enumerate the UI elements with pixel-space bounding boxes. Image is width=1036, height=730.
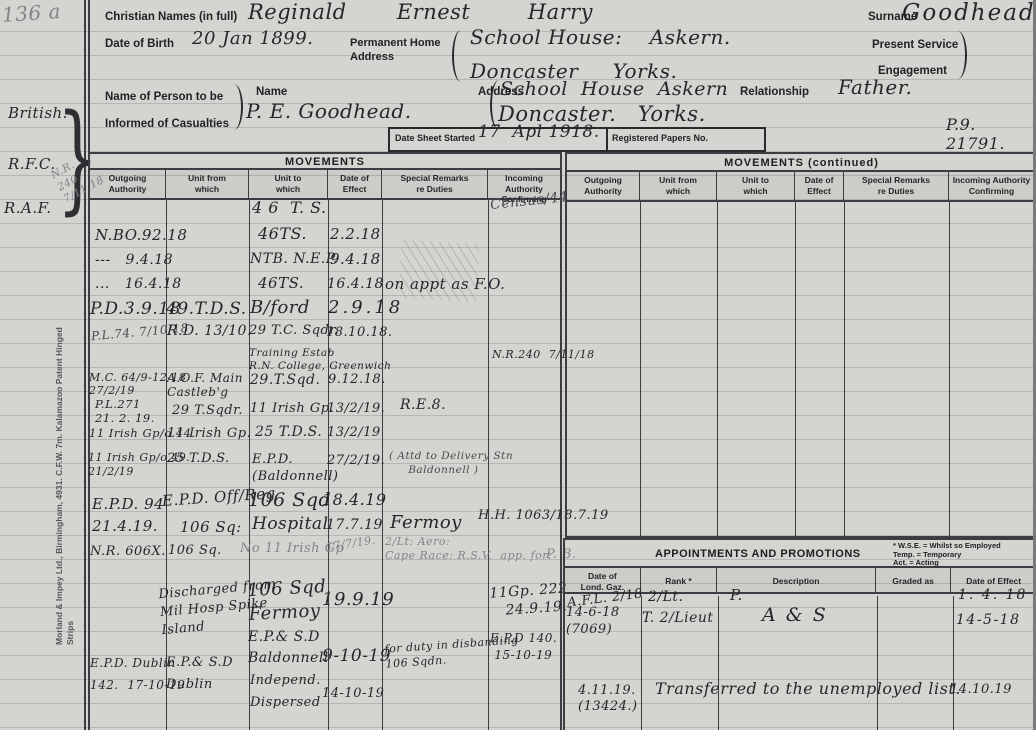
registered-papers-value: P.9. 21791.: [946, 116, 1033, 154]
movements-continued-header-row: Outgoing Authority Unit from which Unit …: [567, 172, 1036, 202]
christian-names-value: Reginald Ernest Harry: [248, 0, 593, 25]
movements-header-row: Outgoing Authority Unit from which Unit …: [90, 170, 560, 200]
mv-entry-from: 25 T.D.S.: [167, 451, 230, 466]
mv-entry-remarks: 2/Lt: Aero: Cape Race: R.S.V. app. for:: [385, 535, 552, 563]
christian-names-label: Christian Names (in full): [105, 10, 237, 24]
date-sheet-box-divider: [606, 129, 608, 150]
mv-entry-incoming: 11Gp. 222 24.9.19.: [489, 579, 569, 620]
relationship-value: Father.: [838, 76, 912, 100]
mv-entry-remarks: R.E.8.: [400, 397, 446, 414]
mv-entry-remarks: Fermoy: [390, 512, 462, 533]
mv-entry-from: E.P.& S.D Dublin: [166, 652, 233, 696]
mv-entry-to: 106 Sqd: [248, 489, 331, 511]
movements-continued-col-unit-to: Unit to which: [717, 172, 795, 200]
margin-service-raf: R.A.F.: [4, 200, 52, 218]
mv-entry-date: 18.10.18.: [326, 325, 393, 340]
movements-col-remarks: Special Remarks re Duties: [382, 170, 488, 198]
relationship-label: Relationship: [740, 85, 809, 99]
mv-entry-from: 106 Sq.: [168, 543, 222, 558]
mv-entry-to: E.P.& S.D Baldonnell: [248, 627, 329, 669]
appointments-col-graded: Graded as: [876, 568, 952, 592]
appointments-title: APPOINTMENTS AND PROMOTIONS: [655, 548, 861, 560]
mv-entry-date: 2.2.18: [330, 226, 381, 244]
mv-entry-date: 9.12.18.: [328, 372, 386, 387]
sheet-number: 136 a: [1, 0, 61, 28]
movements-continued-table: MOVEMENTS (continued) Outgoing Authority…: [565, 152, 1036, 538]
mv-entry-from: R.D. 13/10.: [167, 323, 252, 340]
mv-entry-remarks: ( Attd to Delivery Stn Baldonnell ): [389, 449, 513, 477]
mv-entry-outgoing: P.L.271 21. 2. 19.: [95, 397, 155, 425]
mv-entry-outgoing: N.BO.92.18: [95, 227, 187, 245]
service-record-sheet: 136 a British. R.F.C. R.A.F. } N.R. 240 …: [0, 0, 1036, 730]
mv-entry-outgoing: --- 9.4.18: [95, 252, 173, 269]
mv-entry-remarks: on appt as F.O.: [385, 276, 505, 294]
mv-entry-from: 11 Irish Gp.: [167, 426, 251, 441]
mv-entry-date: 18.4.19: [322, 491, 387, 510]
appointments-legend: * W.S.E. = Whilst so Employed Temp. = Te…: [893, 542, 1001, 568]
mv-entry-to: Independ. Dispersed: [250, 670, 321, 714]
date-of-birth-value: 20 Jan 1899.: [192, 28, 313, 49]
mv-entry-incoming: E.P.D 140. 15-10-19: [490, 630, 557, 664]
mv-entry-to: 46TS.: [258, 275, 304, 293]
registered-papers-label: Registered Papers No.: [612, 133, 708, 144]
mv-entry-to: 46TS.: [258, 225, 307, 244]
appt-entry-effect: 14.10.19: [950, 682, 1012, 697]
date-sheet-started-value: 17 Apl 1918.: [478, 122, 600, 142]
mv-entry-to: 25 T.D.S.: [255, 424, 322, 441]
movements-col-outgoing: Outgoing Authority: [90, 170, 166, 198]
casualty-address-line1: School House Askern: [500, 78, 728, 100]
mv-entry-date: 17.7.19: [326, 517, 383, 534]
mv-entry-outgoing: E.P.D. 94 21.4.19.: [92, 493, 164, 537]
movements-continued-title: MOVEMENTS (continued): [567, 154, 1036, 172]
movements-col-date: Date of Effect: [328, 170, 382, 198]
name-label: Name: [256, 85, 287, 99]
movements-title: MOVEMENTS: [90, 154, 560, 170]
mv-entry-date: 16.4.18: [327, 276, 384, 293]
mv-entry-from: 49.T.D.S.: [166, 299, 247, 319]
mv-entry-to: 106 Sqd Fermoy: [247, 575, 328, 627]
appt-entry-gazette: 14-6-18 (7069): [566, 604, 620, 638]
mv-entry-date: 27/2/19.: [327, 453, 385, 468]
movements-continued-col-outgoing: Outgoing Authority: [567, 172, 640, 200]
movements-col-unit-to: Unit to which: [249, 170, 328, 198]
mv-entry-to: NTB. N.E.P.: [250, 251, 338, 268]
permanent-home-address-label: Permanent Home Address: [350, 36, 440, 64]
mv-entry-to: Training Estab R.N. College, Greenwich: [249, 347, 391, 373]
appt-entry-effect: 14-5-18: [956, 612, 1021, 629]
service-engagement-bracket: [958, 31, 967, 79]
movements-continued-col-date: Date of Effect: [795, 172, 844, 200]
mv-entry-date: 14-10-19: [322, 686, 384, 701]
printer-imprint: Morland & Impey Ltd., Birmingham, 4931. …: [54, 315, 75, 645]
present-service-label: Present Service: [872, 38, 958, 52]
mv-entry-date: 9-10-19: [322, 646, 391, 666]
surname-value: Goodhead: [902, 0, 1036, 27]
mv-entry-to: 29.T.Sqd.: [250, 372, 320, 389]
home-address-bracket: [452, 30, 461, 82]
appointments-titlebar: APPOINTMENTS AND PROMOTIONS * W.S.E. = W…: [565, 540, 1036, 568]
date-sheet-started-label: Date Sheet Started: [395, 133, 475, 144]
mv-entry-date: 19.9.19: [322, 589, 394, 610]
casualty-name-value: P. E. Goodhead.: [246, 100, 412, 124]
casualties-bracket: [234, 84, 243, 130]
appt-entry-effect: 1. 4. 18: [958, 587, 1027, 604]
appt-entry-gazette: 4.11.19. (13424.): [578, 683, 638, 715]
mv-entry-from: 106 Sq:: [180, 519, 242, 537]
home-address-line1: School House: Askern.: [470, 26, 731, 50]
appt-entry-rank: T. 2/Lieut: [642, 610, 714, 627]
mv-entry-date: 2.9.18: [328, 297, 403, 318]
casualties-label: Name of Person to be Informed of Casualt…: [105, 84, 229, 138]
appt-entry-description: Transferred to the unemployed list.: [655, 680, 961, 699]
movements-continued-col-remarks: Special Remarks re Duties: [844, 172, 949, 200]
appt-entry-rank: 2/Lt.: [648, 589, 684, 606]
mv-entry-to: E.P.D. (Baldonnell): [252, 451, 339, 485]
mv-entry-to: B/ford: [250, 297, 310, 318]
mv-entry-date: 13/2/19.: [327, 401, 385, 416]
appt-entry-description: A & S: [762, 604, 828, 626]
mv-entry-from: A.O.F. Main Castleb'g: [167, 371, 243, 399]
movements-continued-col-incoming: Incoming Authority Confirming: [949, 172, 1034, 200]
mv-entry-to: Hospital: [252, 514, 329, 534]
mv-entry-to: 4 6 T. S.: [252, 199, 327, 218]
mv-entry-from: 29 T.Sqdr.: [172, 403, 243, 418]
mv-entry-date: 9.4.18: [330, 251, 381, 269]
movements-continued-col-unit-from: Unit from which: [640, 172, 717, 200]
mv-entry-date: 13/2/19: [327, 425, 381, 440]
movements-continued-column-lines: [567, 202, 1036, 536]
mv-entry-outgoing: N.R. 606X.: [90, 544, 166, 559]
mv-entry-outgoing: ... 16.4.18: [95, 276, 182, 293]
date-of-birth-label: Date of Birth: [105, 37, 174, 51]
appt-entry-description: P.: [730, 587, 743, 605]
movements-col-unit-from: Unit from which: [166, 170, 249, 198]
mv-entry-to: 11 Irish Gp.: [250, 401, 334, 416]
